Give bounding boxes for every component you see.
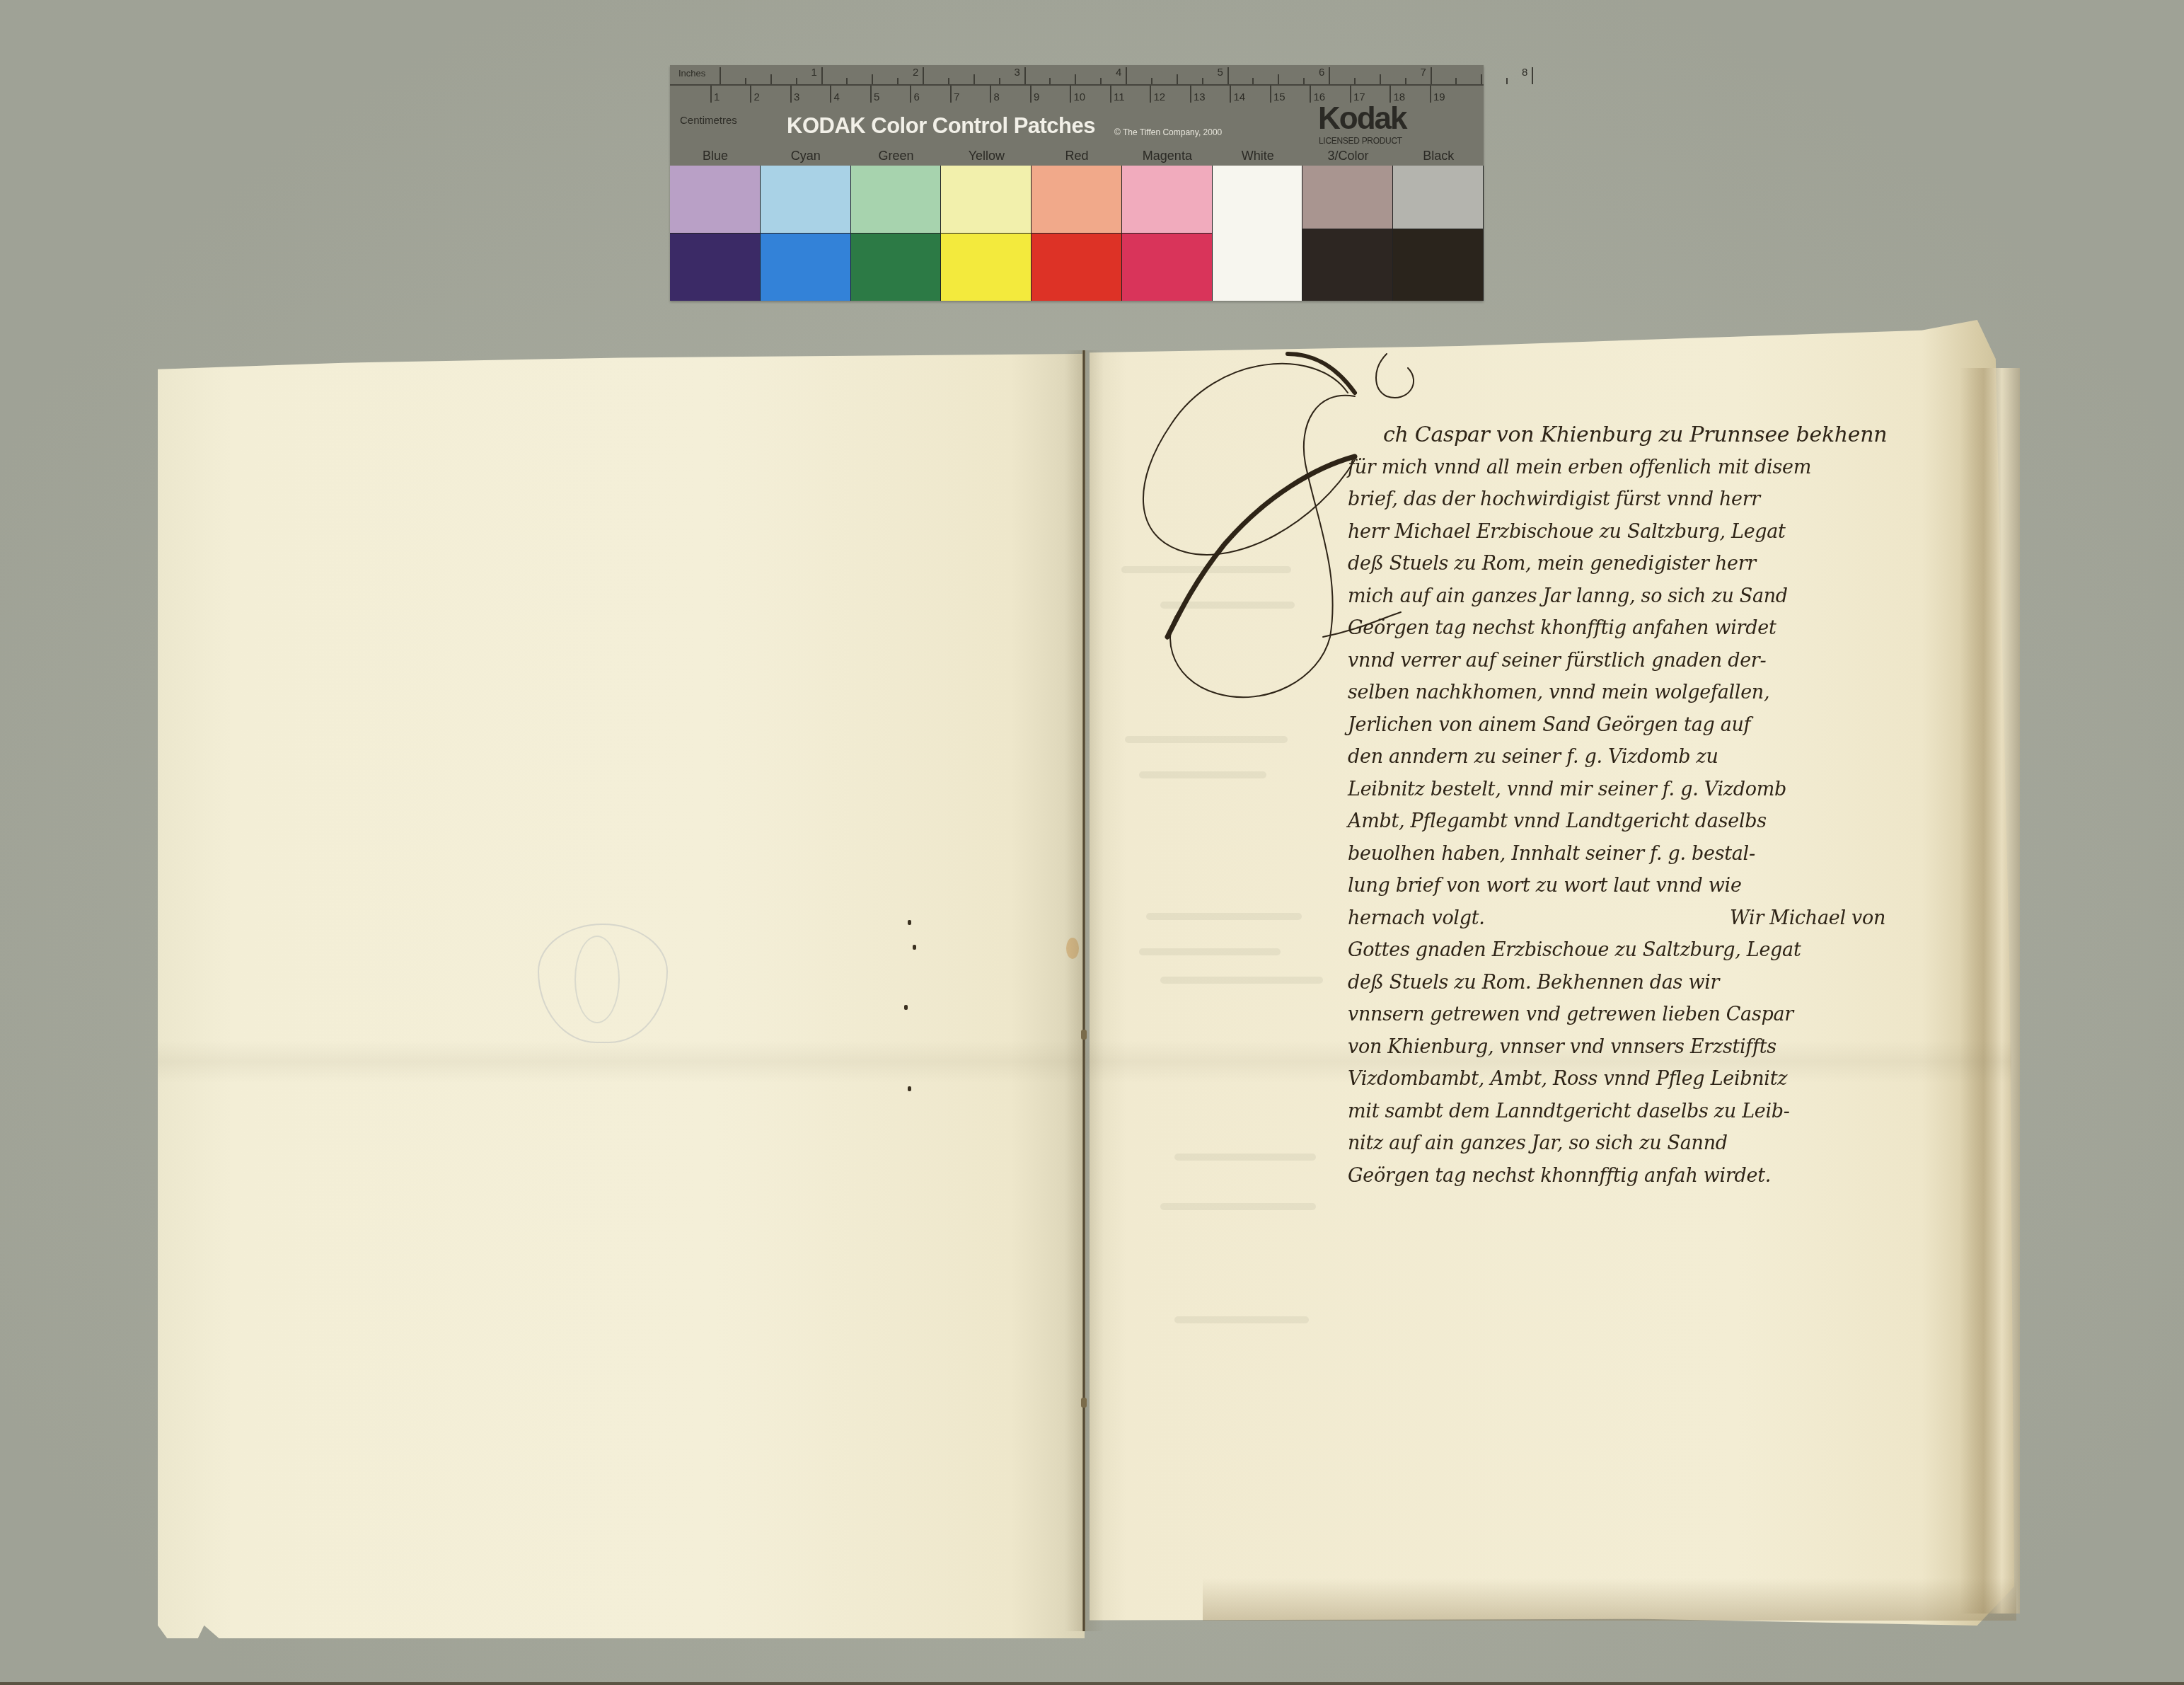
ruler-tick bbox=[750, 86, 751, 103]
ruler-tick bbox=[1100, 78, 1102, 84]
inch-tick-label: 4 bbox=[1116, 67, 1121, 79]
patch-label: Cyan bbox=[761, 149, 851, 163]
ink-speck bbox=[904, 1005, 908, 1010]
ruler-tick bbox=[1431, 67, 1432, 84]
manuscript-line: herr Michael Erzbischoue zu Saltzburg, L… bbox=[1348, 516, 1956, 548]
cm-tick-label: 2 bbox=[753, 91, 759, 103]
page-stack-edge bbox=[1960, 368, 2020, 1614]
cm-tick-label: 10 bbox=[1073, 91, 1085, 103]
inch-tick-label: 2 bbox=[913, 67, 918, 79]
ink-speck bbox=[908, 1086, 911, 1091]
manuscript-line: selben nachkhomen, vnnd mein wolgefallen… bbox=[1348, 677, 1956, 709]
manuscript-line: beuolhen haben, Innhalt seiner f. g. bes… bbox=[1348, 838, 1956, 870]
manuscript-line: Vizdombambt, Ambt, Ross vnnd Pfleg Leibn… bbox=[1348, 1063, 1956, 1095]
patch-label: Yellow bbox=[941, 149, 1032, 163]
patch-label: Red bbox=[1032, 149, 1122, 163]
manuscript-line: mit sambt dem Lanndtgericht daselbs zu L… bbox=[1348, 1095, 1956, 1128]
patch-light-white bbox=[1213, 166, 1303, 301]
ruler-tick bbox=[870, 86, 872, 103]
manuscript-line: Geörgen tag nechst khonfftig anfahen wir… bbox=[1348, 612, 1956, 645]
patch-label: Green bbox=[851, 149, 942, 163]
manuscript-line: Leibnitz bestelt, vnnd mir seiner f. g. … bbox=[1348, 774, 1956, 806]
patch-label: White bbox=[1213, 149, 1303, 163]
ruler-tick bbox=[1310, 86, 1311, 103]
ruler-tick bbox=[1430, 86, 1431, 103]
manuscript-line: nitz auf ain ganzes Jar, so sich zu Sann… bbox=[1348, 1127, 1956, 1160]
ruler-tick bbox=[846, 78, 848, 84]
centimetres-label: Centimetres bbox=[680, 115, 737, 127]
ruler-tick bbox=[910, 86, 911, 103]
ruler-tick bbox=[1150, 86, 1151, 103]
patch-label: Magenta bbox=[1122, 149, 1213, 163]
ruler-tick bbox=[872, 74, 873, 84]
ruler-tick bbox=[1190, 86, 1191, 103]
ruler-tick bbox=[1380, 74, 1381, 84]
scanner-bottom-edge bbox=[0, 1682, 2184, 1685]
patch-dark-cyan bbox=[761, 234, 851, 301]
manuscript-line: den anndern zu seiner f. g. Vizdomb zu bbox=[1348, 741, 1956, 774]
ruler-tick bbox=[1405, 78, 1406, 84]
manuscript-line: vnnsern getrewen vnd getrewen lieben Cas… bbox=[1348, 999, 1956, 1031]
manuscript-line-start: Wir Michael von bbox=[1730, 902, 1885, 935]
cm-tick-label: 15 bbox=[1273, 91, 1285, 103]
ruler-tick bbox=[745, 78, 746, 84]
manuscript-line: ch Caspar von Khienburg zu Prunnsee bekh… bbox=[1348, 419, 1956, 452]
manuscript-line: mich auf ain ganzes Jar lanng, so sich z… bbox=[1348, 580, 1956, 613]
ruler-tick bbox=[1506, 78, 1508, 84]
ink-speck bbox=[913, 945, 916, 950]
ruler-tick bbox=[1151, 78, 1152, 84]
patch-label: Black bbox=[1393, 149, 1484, 163]
cm-tick-label: 9 bbox=[1034, 91, 1039, 103]
manuscript-line: deß Stuels zu Rom. Bekhennen das wir bbox=[1348, 967, 1956, 999]
ruler-tick bbox=[1075, 74, 1076, 84]
ruler-tick bbox=[1252, 78, 1254, 84]
ruler-tick bbox=[1227, 67, 1229, 84]
bottom-edge-stain bbox=[1203, 1578, 2016, 1621]
inches-label: Inches bbox=[678, 68, 705, 79]
patch-dark-red bbox=[1032, 234, 1122, 301]
inch-tick-label: 1 bbox=[811, 67, 817, 79]
patch-label: 3/Color bbox=[1302, 149, 1393, 163]
manuscript-line: deß Stuels zu Rom, mein genedigister her… bbox=[1348, 548, 1956, 580]
ruler-tick bbox=[1278, 74, 1279, 84]
manuscript-text: ch Caspar von Khienburg zu Prunnsee bekh… bbox=[1348, 419, 1956, 1192]
ruler-tick bbox=[1070, 86, 1071, 103]
ruler-tick bbox=[1110, 86, 1111, 103]
ruler-tick bbox=[790, 86, 792, 103]
ruler-tick bbox=[1202, 78, 1203, 84]
ruler-tick bbox=[1354, 78, 1356, 84]
inch-tick-label: 7 bbox=[1421, 67, 1426, 79]
patch-light-cyan bbox=[761, 166, 851, 234]
ruler-tick bbox=[950, 86, 952, 103]
manuscript-line: hernach volgt. Wir Michael von bbox=[1348, 902, 1956, 935]
ruler-tick bbox=[1024, 67, 1026, 84]
patch-light-red bbox=[1032, 166, 1122, 234]
inch-tick-label: 6 bbox=[1319, 67, 1324, 79]
ink-speck bbox=[908, 920, 911, 925]
ruler-tick bbox=[1303, 78, 1305, 84]
ruler-tick bbox=[1177, 74, 1178, 84]
ruler-tick bbox=[1230, 86, 1231, 103]
ruler-tick bbox=[1532, 67, 1533, 84]
ruler-tick bbox=[948, 78, 949, 84]
manuscript-line: für mich vnnd all mein erben offenlich m… bbox=[1348, 452, 1956, 484]
ruler-tick bbox=[990, 86, 991, 103]
patch-dark-magenta bbox=[1122, 234, 1213, 301]
inch-tick-label: 5 bbox=[1218, 67, 1223, 79]
ruler-tick bbox=[770, 74, 772, 84]
cm-tick-label: 3 bbox=[794, 91, 799, 103]
manuscript-line: Gottes gnaden Erzbischoue zu Saltzburg, … bbox=[1348, 934, 1956, 967]
cm-tick-label: 12 bbox=[1153, 91, 1165, 103]
cm-tick-label: 8 bbox=[993, 91, 999, 103]
patch-dark-green bbox=[851, 234, 942, 301]
cm-tick-label: 1 bbox=[714, 91, 720, 103]
ruler-tick bbox=[1350, 86, 1351, 103]
patch-light-blue bbox=[670, 166, 761, 234]
ruler-tick bbox=[830, 86, 831, 103]
ruler-tick bbox=[1389, 86, 1391, 103]
ruler-tick bbox=[821, 67, 823, 84]
ruler-tick bbox=[973, 74, 975, 84]
patch-dark-black bbox=[1393, 229, 1484, 301]
patch-light-green bbox=[851, 166, 942, 234]
cm-tick-label: 6 bbox=[913, 91, 919, 103]
cm-tick-label: 19 bbox=[1433, 91, 1445, 103]
ruler-tick bbox=[1270, 86, 1271, 103]
manuscript-line-end: hernach volgt. bbox=[1348, 902, 1485, 935]
ruler-tick bbox=[1049, 78, 1051, 84]
ruler-tick bbox=[1455, 78, 1457, 84]
patch-light-yellow bbox=[941, 166, 1032, 234]
patch-light-black bbox=[1393, 166, 1484, 229]
ruler-tick bbox=[710, 86, 712, 103]
manuscript-line: brief, das der hochwirdigist fürst vnnd … bbox=[1348, 483, 1956, 516]
ruler-tick bbox=[1481, 74, 1482, 84]
ruler-tick bbox=[1030, 86, 1032, 103]
binding-stitch bbox=[1081, 1398, 1087, 1408]
patch-label: Blue bbox=[670, 149, 761, 163]
patch-light-3-color bbox=[1302, 166, 1393, 229]
binding-stitch bbox=[1081, 1030, 1087, 1040]
ruler-tick bbox=[1329, 67, 1330, 84]
patch-dark-3-color bbox=[1302, 229, 1393, 301]
manuscript-line: Jerlichen von ainem Sand Geörgen tag auf bbox=[1348, 709, 1956, 742]
patch-names: BlueCyanGreenYellowRedMagentaWhite3/Colo… bbox=[670, 149, 1484, 166]
manuscript-line: von Khienburg, vnnser vnd vnnsers Erzsti… bbox=[1348, 1031, 1956, 1064]
cm-tick-label: 14 bbox=[1233, 91, 1245, 103]
inch-ruler: 12345678 bbox=[670, 65, 1484, 86]
kodak-color-target: 12345678 Inches 123456789101112131415161… bbox=[670, 65, 1484, 301]
inch-tick-label: 3 bbox=[1015, 67, 1020, 79]
ruler-tick bbox=[796, 78, 797, 84]
manuscript-line: lung brief von wort zu wort laut vnnd wi… bbox=[1348, 870, 1956, 902]
patch-light-magenta bbox=[1122, 166, 1213, 234]
ruler-tick bbox=[923, 67, 924, 84]
inch-tick-label: 8 bbox=[1522, 67, 1527, 79]
licensed-product-label: LICENSED PRODUCT bbox=[1319, 136, 1402, 146]
target-title: KODAK Color Control Patches bbox=[787, 113, 1095, 139]
ruler-tick bbox=[897, 78, 899, 84]
patch-dark-blue bbox=[670, 234, 761, 301]
manuscript-line: vnnd verrer auf seiner fürstlich gnaden … bbox=[1348, 645, 1956, 677]
binding-gutter bbox=[1082, 350, 1085, 1631]
cm-tick-label: 13 bbox=[1194, 91, 1206, 103]
cm-tick-label: 7 bbox=[954, 91, 959, 103]
ruler-tick bbox=[720, 67, 721, 84]
ruler-tick bbox=[999, 78, 1000, 84]
copyright-text: © The Tiffen Company, 2000 bbox=[1114, 127, 1222, 137]
manuscript-line: Ambt, Pflegambt vnnd Landtgericht daselb… bbox=[1348, 805, 1956, 838]
manuscript-line: Geörgen tag nechst khonnfftig anfah wird… bbox=[1348, 1160, 1956, 1192]
kodak-logo: Kodak bbox=[1318, 101, 1406, 137]
cm-tick-label: 11 bbox=[1114, 91, 1125, 103]
cm-tick-label: 5 bbox=[874, 91, 879, 103]
patch-dark-yellow bbox=[941, 234, 1032, 301]
ruler-tick bbox=[1126, 67, 1127, 84]
cm-tick-label: 4 bbox=[833, 91, 839, 103]
